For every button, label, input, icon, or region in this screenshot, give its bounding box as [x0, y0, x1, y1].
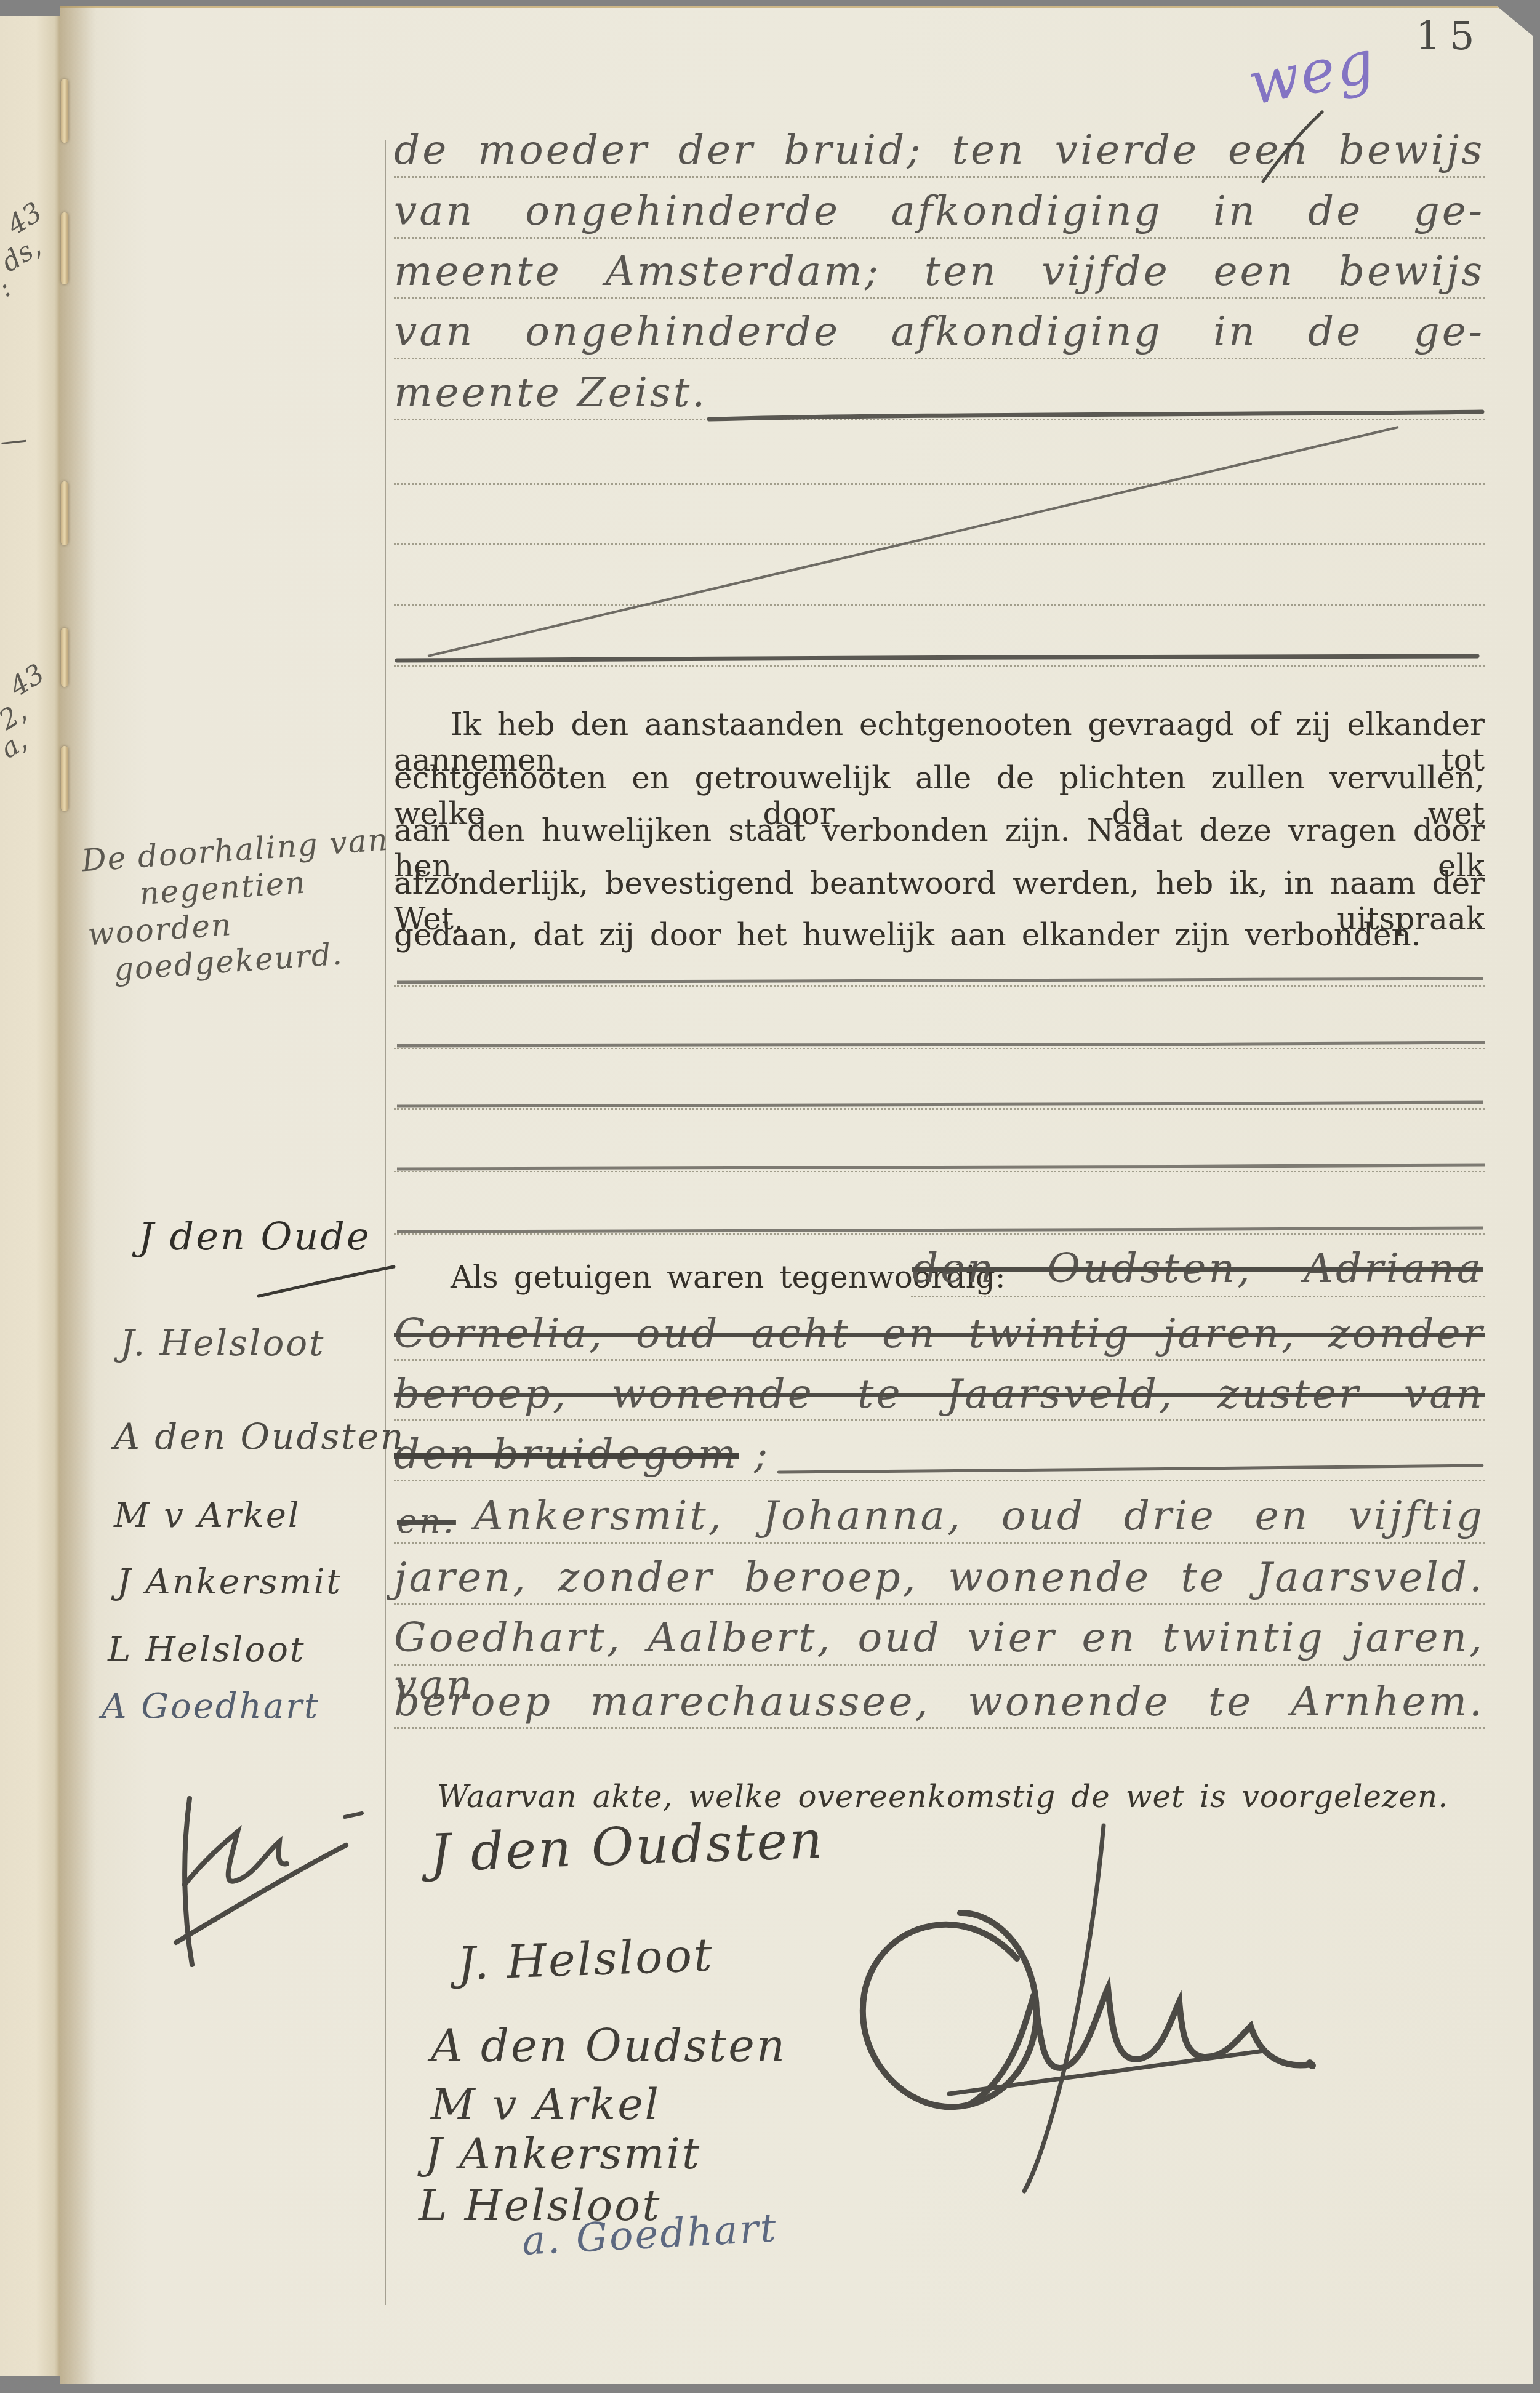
ruled-line — [394, 1542, 1485, 1544]
margin-signature: J den Oude — [138, 1214, 371, 1259]
struck-witness-line: beroep, wonende te Jaarsveld, zuster van — [394, 1370, 1485, 1417]
binding-stitch — [61, 746, 68, 811]
page-sheet — [60, 6, 1533, 2384]
ruled-line — [911, 1296, 1485, 1297]
struck-word: en. — [397, 1502, 456, 1541]
struck-witness-line: Cornelia, oud acht en twintig jaren, zon… — [394, 1310, 1485, 1357]
margin-signature: L Helsloot — [108, 1630, 305, 1670]
struck-witness-line: den bruidegom ; — [394, 1430, 770, 1478]
ruled-line — [394, 543, 1485, 545]
signature: J. Helsloot — [457, 1929, 715, 1990]
ruled-line — [394, 1603, 1485, 1605]
margin-rule-line — [385, 140, 386, 2305]
ruled-line — [394, 1048, 1485, 1049]
ruled-line — [394, 985, 1485, 987]
handwritten-line: van ongehinderde afkondiging in de ge- — [394, 187, 1485, 234]
ruled-line — [394, 1171, 1485, 1172]
handwritten-line: van ongehinderde afkondiging in de ge- — [394, 308, 1485, 355]
ruled-line — [394, 1359, 1485, 1361]
previous-page-edge — [0, 16, 60, 2376]
binding-gutter — [60, 6, 97, 2384]
ruled-line — [394, 297, 1485, 299]
ruled-line — [394, 1480, 1485, 1481]
ruled-line — [394, 1233, 1485, 1235]
struck-text: den bruidegom — [394, 1430, 739, 1478]
witness-line: beroep marechaussee, wonende te Arnhem. — [394, 1678, 1485, 1725]
handwritten-line: de moeder der bruid; ten vierde een bewi… — [394, 126, 1485, 174]
binding-stitch — [61, 79, 68, 143]
ruled-line — [394, 176, 1485, 178]
ruled-line — [394, 1727, 1485, 1729]
ruled-line — [394, 419, 1485, 420]
signature: M v Arkel — [431, 2079, 660, 2130]
margin-signature: J. Helsloot — [120, 1322, 326, 1364]
signature: A den Oudsten — [431, 2020, 787, 2072]
margin-signature: M v Arkel — [114, 1496, 301, 1536]
ruled-line — [394, 665, 1485, 667]
binding-stitch — [61, 628, 68, 687]
page-number: 15 — [1416, 14, 1483, 59]
struck-witness-line: den Oudsten, Adriana — [912, 1245, 1483, 1292]
ruled-line — [394, 1108, 1485, 1110]
margin-signature: J Ankersmit — [117, 1562, 342, 1602]
margin-signature: A Goedhart — [102, 1686, 319, 1726]
scanned-marriage-record-page: 43 ds, : — 43 2, a, 15 weg de moeder der… — [0, 0, 1540, 2393]
binding-stitch — [61, 212, 68, 284]
ruled-line — [394, 237, 1485, 239]
handwritten-line: meente Zeist. — [394, 369, 707, 416]
margin-approval-note: De doorhaling van negentien woorden goed… — [74, 821, 404, 986]
witness-line: jaren, zonder beroep, wonende te Jaarsve… — [394, 1553, 1485, 1601]
printed-declaration-line: gedaan, dat zij door het huwelijk aan el… — [394, 917, 1421, 953]
binding-stitch — [61, 481, 68, 545]
prev-page-fragment: — — [0, 423, 29, 457]
margin-signature: A den Oudsten — [114, 1416, 405, 1457]
signature: J Ankersmit — [425, 2128, 701, 2179]
ruled-line — [394, 1419, 1485, 1421]
ruled-line — [394, 483, 1485, 485]
witness-line: Ankersmit, Johanna, oud drie en vijftig — [474, 1492, 1485, 1539]
handwritten-line: meente Amsterdam; ten vijfde een bewijs — [394, 247, 1485, 295]
ruled-line — [394, 604, 1485, 606]
closing-statement: Waarvan akte, welke overeenkomstig de we… — [394, 1779, 1448, 1814]
punctuation: ; — [754, 1430, 770, 1478]
ruled-line — [394, 358, 1485, 359]
